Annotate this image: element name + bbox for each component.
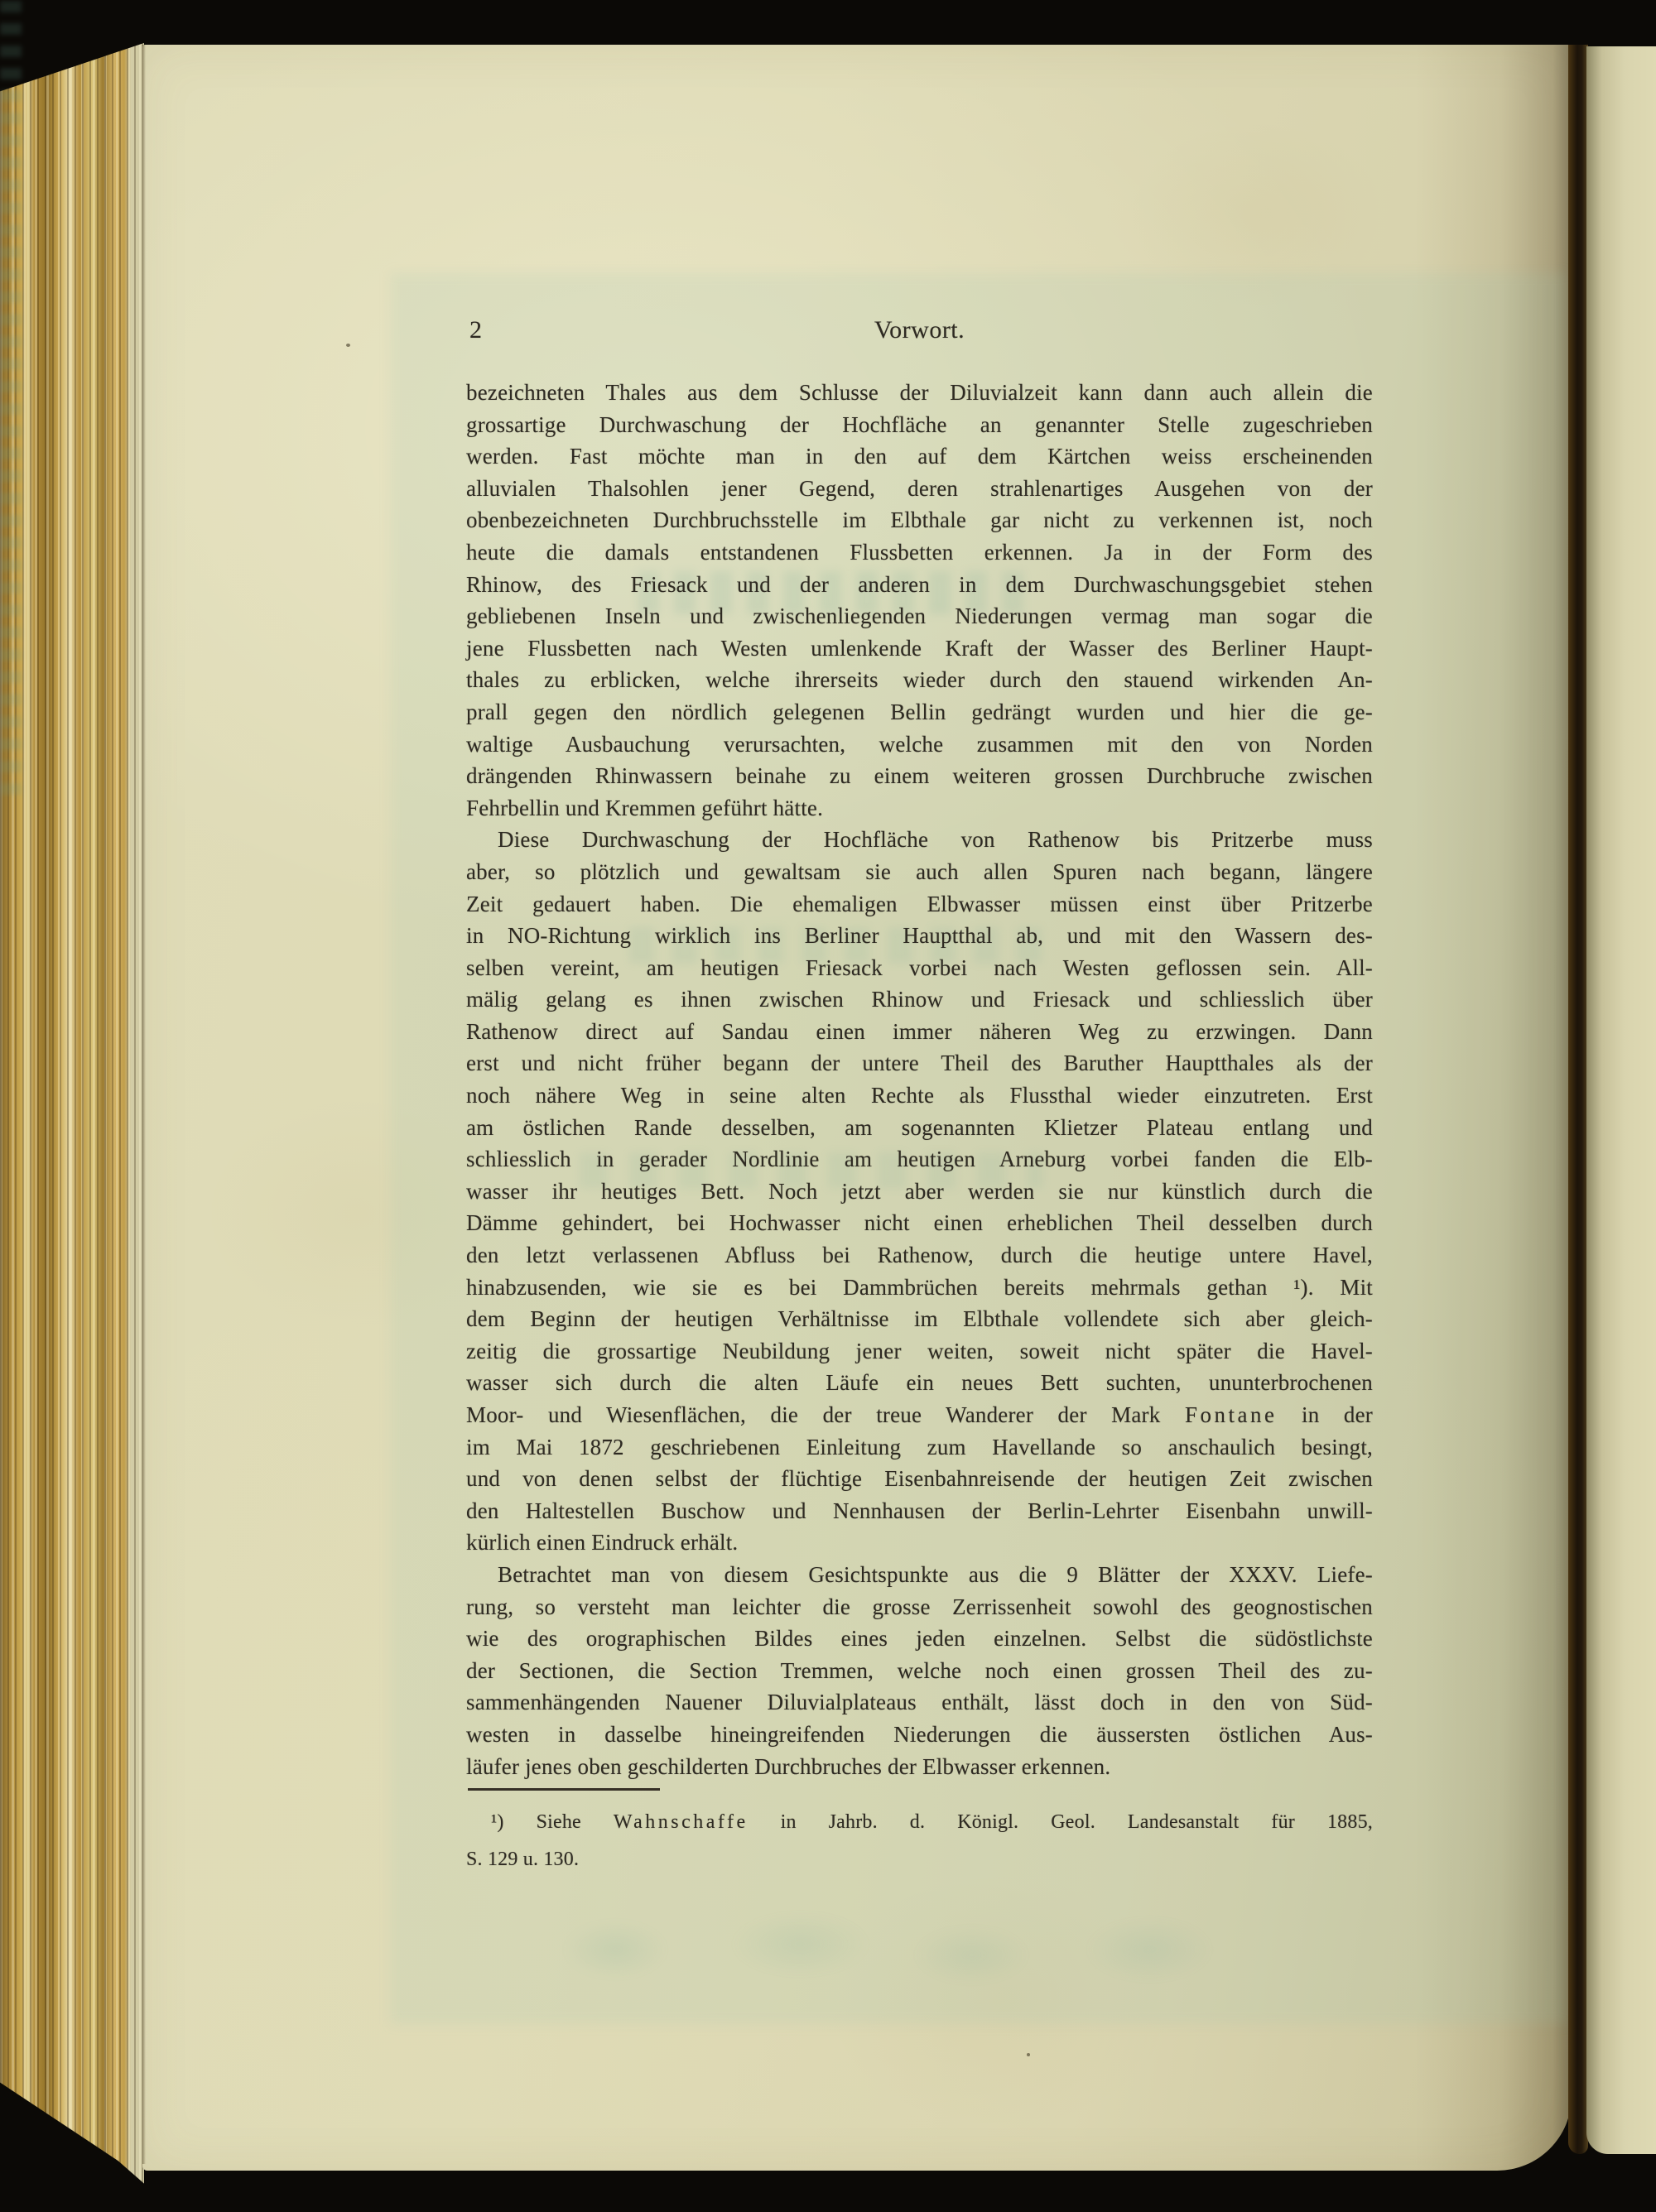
facing-page-sliver (1586, 46, 1656, 2154)
text-line: heute die damals entstandenen Flussbette… (466, 536, 1373, 569)
footnote-rule (468, 1788, 660, 1791)
text-line: erst und nicht früher begann der untere … (466, 1047, 1373, 1080)
text-line: thales zu erblicken, welche ihrerseits w… (466, 664, 1373, 696)
text-line: Rathenow direct auf Sandau einen immer n… (466, 1016, 1373, 1048)
text-line: in NO-Richtung wirklich ins Berliner Hau… (466, 920, 1373, 952)
text-run: ¹) Siehe (491, 1811, 614, 1833)
text-line: der Sectionen, die Section Tremmen, welc… (466, 1655, 1373, 1687)
text-run: bezeichneten Thales aus dem Schlusse der… (466, 380, 1373, 405)
text-run: waltige Ausbauchung verursachten, welche… (466, 732, 1373, 757)
text-run: Diese Durchwaschung der Hochfläche von R… (498, 827, 1373, 852)
text-run: Fehrbellin und Kremmen geführt hätte. (466, 796, 823, 820)
page-left-edge (142, 45, 146, 2164)
text-line: selben vereint, am heutigen Friesack vor… (466, 952, 1373, 984)
text-run: sammenhängenden Nauener Diluvialplateaus… (466, 1690, 1373, 1714)
text-line: wasser ihr heutiges Bett. Noch jetzt abe… (466, 1176, 1373, 1208)
text-run: prall gegen den nördlich gelegenen Belli… (466, 700, 1373, 724)
footnote: ¹) Siehe Wahnschaffe in Jahrb. d. Königl… (466, 1804, 1373, 1878)
text-run: Betrachtet man von diesem Gesichtspunkte… (498, 1562, 1373, 1587)
text-line: obenbezeichneten Durchbruchsstelle im El… (466, 504, 1373, 536)
text-run: erst und nicht früher begann der untere … (466, 1051, 1373, 1075)
running-header: 2 Vorwort. (466, 316, 1373, 351)
scanned-book-spread: 2 Vorwort. bezeichneten Thales aus dem S… (0, 0, 1656, 2212)
text-run: Rhinow, des Friesack und der anderen in … (466, 572, 1373, 597)
text-run: am östlichen Rande desselben, am sogenan… (466, 1115, 1373, 1140)
text-line: den Haltestellen Buschow und Nennhausen … (466, 1495, 1373, 1527)
text-line: jene Flussbetten nach Westen umlenkende … (466, 632, 1373, 665)
text-run: schliesslich in gerader Nordlinie am heu… (466, 1147, 1373, 1171)
text-line: zeitig die grossartige Neubildung jener … (466, 1335, 1373, 1368)
text-line: Zeit gedauert haben. Die ehemaligen Elbw… (466, 888, 1373, 921)
text-run: läufer jenes oben geschilderten Durchbru… (466, 1754, 1110, 1779)
text-run: drängenden Rhinwassern beinahe zu einem … (466, 763, 1373, 788)
text-run: in Jahrb. d. Königl. Geol. Landesanstalt… (749, 1811, 1373, 1833)
paragraph: bezeichneten Thales aus dem Schlusse der… (466, 377, 1373, 824)
text-run: Fontane (1185, 1402, 1278, 1427)
text-line: Diese Durchwaschung der Hochfläche von R… (466, 824, 1373, 856)
text-line: den letzt verlassenen Abfluss bei Rathen… (466, 1239, 1373, 1272)
text-line: rung, so versteht man leichter die gross… (466, 1591, 1373, 1623)
text-line: waltige Ausbauchung verursachten, welche… (466, 729, 1373, 761)
paragraph: ¹) Siehe Wahnschaffe in Jahrb. d. Königl… (466, 1804, 1373, 1878)
paragraph: Diese Durchwaschung der Hochfläche von R… (466, 824, 1373, 1559)
text-run: dem Beginn der heutigen Verhältnisse im … (466, 1306, 1373, 1331)
text-line: grossartige Durchwaschung der Hochfläche… (466, 409, 1373, 441)
text-line: noch nähere Weg in seine alten Rechte al… (466, 1080, 1373, 1112)
text-run: Dämme gehindert, bei Hochwasser nicht ei… (466, 1210, 1373, 1235)
text-run: und von denen selbst der flüchtige Eisen… (466, 1466, 1373, 1491)
text-run: westen in dasselbe hineingreifenden Nied… (466, 1722, 1373, 1747)
text-run: den letzt verlassenen Abfluss bei Rathen… (466, 1243, 1373, 1267)
text-run: gebliebenen Inseln und zwischenliegenden… (466, 603, 1373, 628)
text-run: Wahnschaffe (614, 1811, 749, 1833)
page-number: 2 (469, 316, 482, 344)
text-run: der Sectionen, die Section Tremmen, welc… (466, 1658, 1373, 1683)
text-run: in der (1277, 1402, 1373, 1427)
text-line: gebliebenen Inseln und zwischenliegenden… (466, 600, 1373, 632)
text-line: alluvialen Thalsohlen jener Gegend, dere… (466, 473, 1373, 505)
page-title: Vorwort. (466, 316, 1373, 344)
text-line: S. 129 u. 130. (466, 1841, 1373, 1878)
text-line: läufer jenes oben geschilderten Durchbru… (466, 1751, 1373, 1783)
text-run: Zeit gedauert haben. Die ehemaligen Elbw… (466, 892, 1373, 916)
text-run: alluvialen Thalsohlen jener Gegend, dere… (466, 476, 1373, 501)
text-run: obenbezeichneten Durchbruchsstelle im El… (466, 507, 1373, 532)
text-line: dem Beginn der heutigen Verhältnisse im … (466, 1303, 1373, 1335)
book-fore-edge-page-stack (0, 40, 144, 2192)
text-run: werden. Fast möchte man in den auf dem K… (466, 444, 1373, 469)
dust-speck (1027, 2053, 1030, 2056)
text-run: wie des orographischen Bildes eines jede… (466, 1626, 1373, 1651)
text-run: noch nähere Weg in seine alten Rechte al… (466, 1083, 1373, 1108)
text-line: Betrachtet man von diesem Gesichtspunkte… (466, 1559, 1373, 1591)
text-run: jene Flussbetten nach Westen umlenkende … (466, 636, 1373, 661)
text-line: prall gegen den nördlich gelegenen Belli… (466, 696, 1373, 729)
paragraph: Betrachtet man von diesem Gesichtspunkte… (466, 1559, 1373, 1782)
text-line: ¹) Siehe Wahnschaffe in Jahrb. d. Königl… (466, 1804, 1373, 1841)
text-run: thales zu erblicken, welche ihrerseits w… (466, 667, 1373, 692)
text-line: kürlich einen Eindruck erhält. (466, 1527, 1373, 1559)
text-line: Moor- und Wiesenflächen, die der treue W… (466, 1399, 1373, 1431)
body-text: bezeichneten Thales aus dem Schlusse der… (466, 377, 1373, 1782)
text-run: aber, so plötzlich und gewaltsam sie auc… (466, 859, 1373, 884)
text-line: sammenhängenden Nauener Diluvialplateaus… (466, 1686, 1373, 1719)
text-run: in NO-Richtung wirklich ins Berliner Hau… (466, 923, 1373, 948)
text-run: S. 129 u. 130. (466, 1849, 579, 1870)
show-through-ghost-vertical (0, 0, 22, 795)
text-line: hinabzusenden, wie sie es bei Dammbrüche… (466, 1272, 1373, 1304)
text-line: wie des orographischen Bildes eines jede… (466, 1623, 1373, 1655)
book-gutter (1568, 45, 1588, 2154)
text-run: rung, so versteht man leichter die gross… (466, 1594, 1373, 1619)
text-run: im Mai 1872 geschriebenen Einleitung zum… (466, 1435, 1373, 1459)
text-run: den Haltestellen Buschow und Nennhausen … (466, 1498, 1373, 1523)
footnote-area: ¹) Siehe Wahnschaffe in Jahrb. d. Königl… (466, 1788, 1373, 1878)
text-run: selben vereint, am heutigen Friesack vor… (466, 955, 1373, 980)
text-line: bezeichneten Thales aus dem Schlusse der… (466, 377, 1373, 409)
show-through-ghost (530, 1896, 1242, 2003)
text-line: aber, so plötzlich und gewaltsam sie auc… (466, 856, 1373, 888)
text-run: Moor- und Wiesenflächen, die der treue W… (466, 1402, 1185, 1427)
text-run: hinabzusenden, wie sie es bei Dammbrüche… (466, 1275, 1373, 1300)
text-run: grossartige Durchwaschung der Hochfläche… (466, 412, 1373, 437)
text-run: mälig gelang es ihnen zwischen Rhinow un… (466, 987, 1373, 1012)
text-line: werden. Fast möchte man in den auf dem K… (466, 440, 1373, 473)
text-line: drängenden Rhinwassern beinahe zu einem … (466, 760, 1373, 792)
text-line: Rhinow, des Friesack und der anderen in … (466, 569, 1373, 601)
text-line: wasser sich durch die alten Läufe ein ne… (466, 1367, 1373, 1399)
text-run: wasser sich durch die alten Läufe ein ne… (466, 1370, 1373, 1395)
text-line: und von denen selbst der flüchtige Eisen… (466, 1463, 1373, 1495)
text-line: mälig gelang es ihnen zwischen Rhinow un… (466, 983, 1373, 1016)
text-line: am östlichen Rande desselben, am sogenan… (466, 1112, 1373, 1144)
text-line: im Mai 1872 geschriebenen Einleitung zum… (466, 1431, 1373, 1464)
text-run: Rathenow direct auf Sandau einen immer n… (466, 1019, 1373, 1044)
text-run: kürlich einen Eindruck erhält. (466, 1530, 738, 1555)
text-run: zeitig die grossartige Neubildung jener … (466, 1339, 1373, 1363)
text-line: Dämme gehindert, bei Hochwasser nicht ei… (466, 1207, 1373, 1239)
text-line: Fehrbellin und Kremmen geführt hätte. (466, 792, 1373, 825)
dust-speck (346, 344, 350, 347)
text-run: wasser ihr heutiges Bett. Noch jetzt abe… (466, 1179, 1373, 1204)
text-line: westen in dasselbe hineingreifenden Nied… (466, 1719, 1373, 1751)
text-line: schliesslich in gerader Nordlinie am heu… (466, 1143, 1373, 1176)
text-run: heute die damals entstandenen Flussbette… (466, 540, 1373, 565)
